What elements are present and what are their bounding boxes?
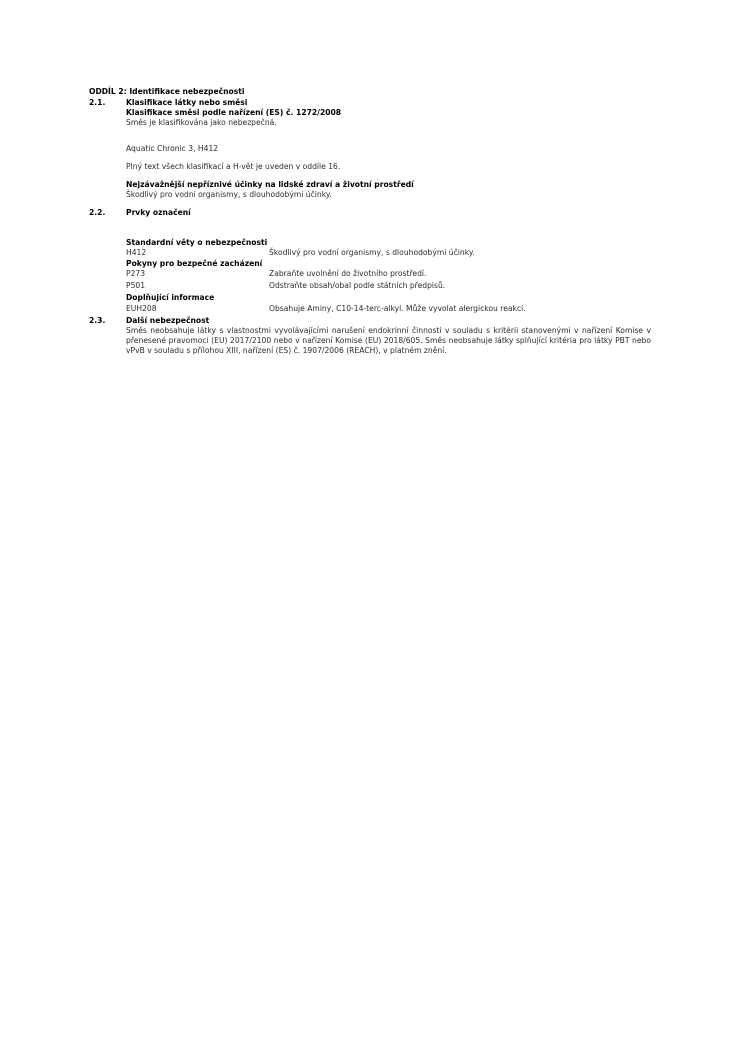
statement-code: EUH208: [126, 304, 269, 314]
subsection-title: Klasifikace látky nebo směsi: [126, 98, 651, 108]
subsection-number: 2.2.: [89, 208, 126, 314]
precautionary-statement-row: P273 Zabraňte uvolnění do životního pros…: [126, 269, 651, 279]
sds-section-2: ODDÍL 2: Identifikace nebezpečnosti 2.1.…: [89, 87, 651, 356]
statement-text: Zabraňte uvolnění do životního prostředí…: [269, 269, 651, 279]
supplemental-statement-row: EUH208 Obsahuje Aminy, C10-14-terc-alkyl…: [126, 304, 651, 314]
hazard-statements-heading: Standardní věty o nebezpečnosti: [126, 238, 651, 248]
hazard-statement-row: H412 Škodlivý pro vodní organismy, s dlo…: [126, 248, 651, 258]
subsection-2-1: 2.1. Klasifikace látky nebo směsi Klasif…: [89, 98, 651, 200]
effects-heading: Nejzávažnější nepříznivé účinky na lidsk…: [126, 180, 651, 190]
statement-code: P273: [126, 269, 269, 279]
subsection-title: Prvky označení: [126, 208, 651, 218]
subsection-number: 2.1.: [89, 98, 126, 200]
subsection-title: Další nebezpečnost: [126, 316, 651, 326]
full-text-note: Plný text všech klasifikací a H-vět je u…: [126, 162, 651, 172]
precautionary-statements-heading: Pokyny pro bezpečné zacházení: [126, 259, 651, 269]
effects-text: Škodlivý pro vodní organismy, s dlouhodo…: [126, 190, 651, 200]
statement-code: H412: [126, 248, 269, 258]
supplemental-info-heading: Doplňující informace: [126, 293, 651, 303]
statement-text: Obsahuje Aminy, C10-14-terc-alkyl. Může …: [269, 304, 651, 314]
subsection-2-2: 2.2. Prvky označení Standardní věty o ne…: [89, 208, 651, 314]
other-hazards-text: Směs neobsahuje látky s vlastnostmi vyvo…: [126, 326, 651, 356]
subsection-2-3: 2.3. Další nebezpečnost Směs neobsahuje …: [89, 316, 651, 356]
statement-text: Odstraňte obsah/obal podle státních před…: [269, 281, 651, 291]
classification-value: Aquatic Chronic 3, H412: [126, 144, 651, 154]
precautionary-statement-row: P501 Odstraňte obsah/obal podle státních…: [126, 281, 651, 291]
section-title: ODDÍL 2: Identifikace nebezpečnosti: [89, 87, 651, 98]
statement-text: Škodlivý pro vodní organismy, s dlouhodo…: [269, 248, 651, 258]
subsection-number: 2.3.: [89, 316, 126, 356]
classification-regulation-heading: Klasifikace směsi podle nařízení (ES) č.…: [126, 108, 651, 118]
classified-text: Směs je klasifikována jako nebezpečná.: [126, 118, 651, 128]
statement-code: P501: [126, 281, 269, 291]
